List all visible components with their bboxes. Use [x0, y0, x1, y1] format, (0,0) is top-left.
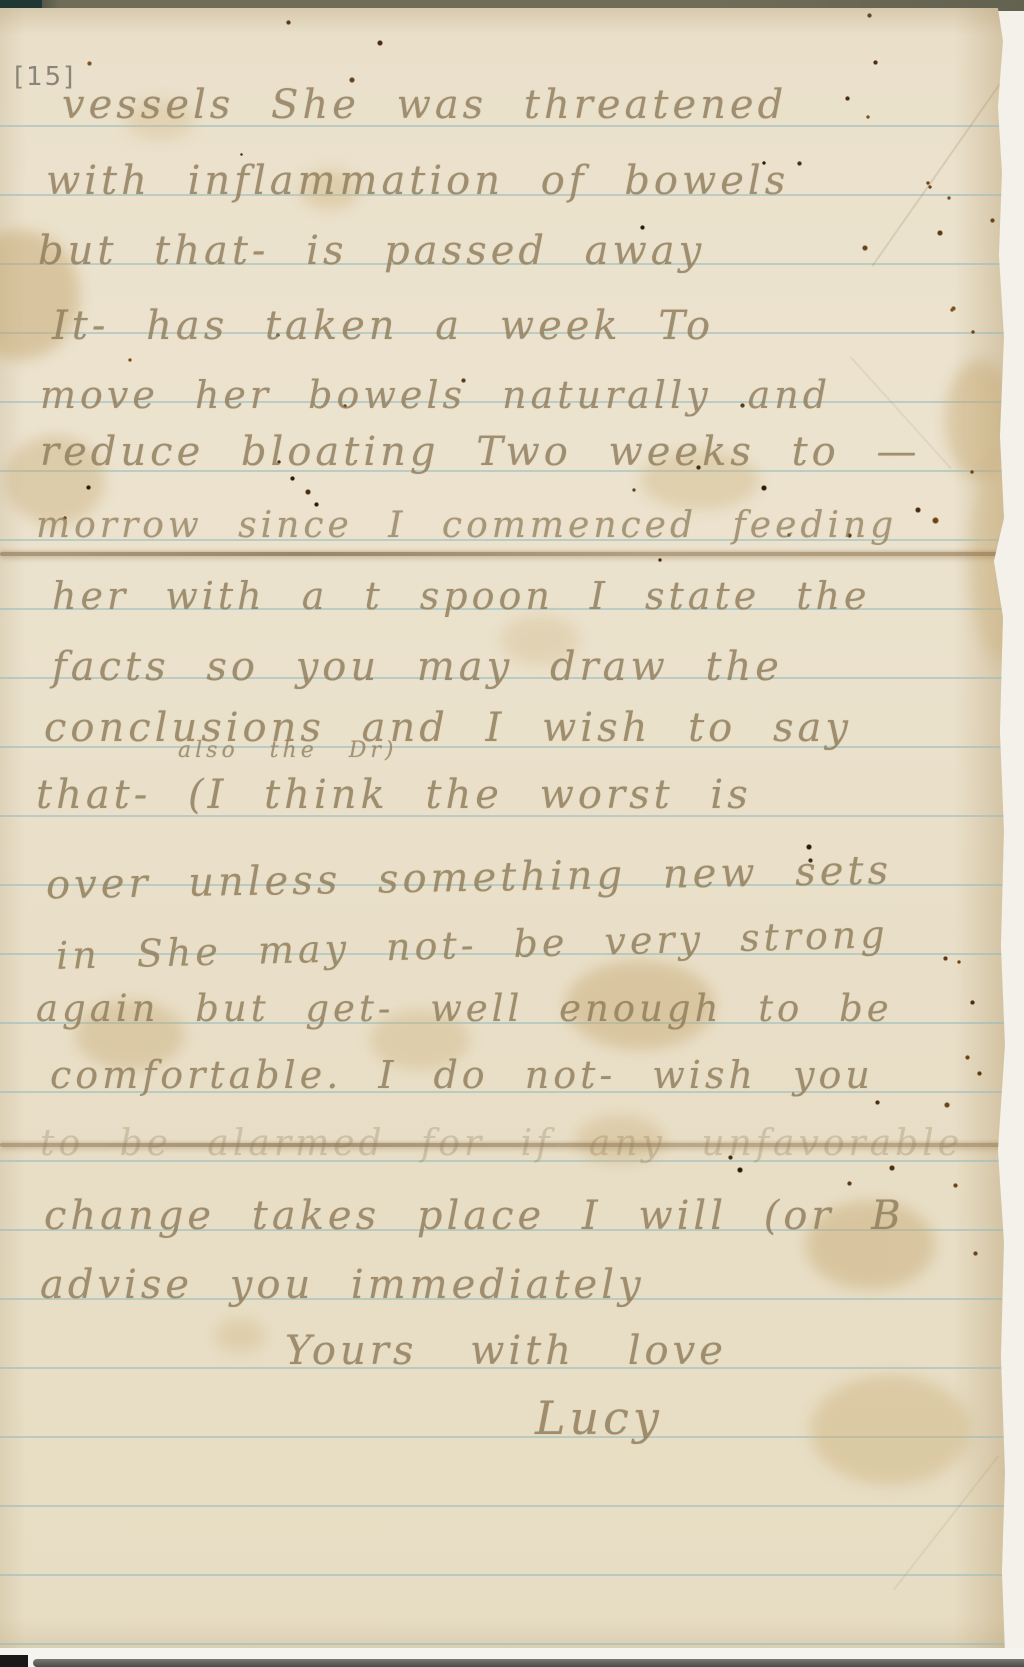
fox-spot: [87, 61, 92, 66]
handwriting-line: to be alarmed for if any unfavorable: [40, 1120, 963, 1168]
handwriting-line: that- (I think the worst is: [36, 771, 752, 819]
ruled-line: [0, 1574, 1008, 1576]
fox-spot: [875, 1100, 880, 1105]
handwriting-line: with inflammation of bowels: [46, 157, 789, 205]
stain: [970, 460, 1024, 660]
handwriting-line: move her bowels naturally and: [40, 371, 831, 419]
handwriting-line: reduce bloating Two weeks to —: [40, 428, 920, 476]
handwriting-line: again but get- well enough to be: [36, 985, 893, 1033]
fox-spot: [290, 476, 295, 481]
fox-spot: [971, 330, 975, 334]
fox-spot: [240, 153, 243, 156]
fox-spot: [944, 1102, 950, 1108]
stain: [215, 1318, 265, 1353]
fox-spot: [915, 507, 921, 513]
letter-page: [15] vessels She was threatenedwith infl…: [0, 8, 1008, 1654]
fox-spot: [845, 96, 850, 101]
fox-spot: [286, 20, 291, 25]
handwriting-line: Yours with love: [285, 1327, 727, 1375]
fox-spot: [797, 161, 802, 166]
fox-spot: [951, 306, 956, 311]
scanner-shadow-bar: [33, 1659, 1024, 1667]
fox-spot: [847, 1181, 852, 1186]
handwriting-line: her with a t spoon I state the: [52, 572, 871, 620]
fox-spot: [761, 485, 767, 491]
fox-spot: [965, 1055, 970, 1060]
fox-spot: [970, 1000, 975, 1005]
fox-spot: [305, 489, 311, 495]
handwriting-insertion: also the Dr): [178, 727, 397, 775]
fox-spot: [977, 1071, 982, 1076]
fox-spot: [86, 485, 91, 490]
stain: [810, 1375, 970, 1485]
ruled-line: [0, 1505, 1008, 1507]
fox-spot: [867, 13, 872, 18]
handwriting-line: comfortable. I do not- wish you: [50, 1051, 874, 1099]
handwriting-line: conclusions and I wish to say: [44, 704, 852, 752]
handwriting-line: vessels She was threatened: [62, 81, 787, 129]
fox-spot: [957, 960, 961, 964]
fox-spot: [873, 60, 878, 65]
fox-spot: [943, 956, 948, 961]
scanner-corner-mark: [0, 1655, 28, 1667]
fox-spot: [990, 218, 995, 223]
handwriting-line: change takes place I will (or B: [44, 1192, 905, 1240]
handwriting-line: but that- is passed away: [38, 227, 705, 275]
handwriting-line: facts so you may draw the: [52, 643, 783, 691]
signature: Lucy: [535, 1394, 663, 1442]
fox-spot: [862, 245, 868, 251]
fox-spot: [973, 1251, 978, 1256]
fox-spot: [937, 230, 943, 236]
fox-spot: [632, 488, 636, 492]
handwriting-line: It- has taken a week To: [52, 302, 714, 350]
fox-spot: [932, 517, 939, 524]
stain: [945, 360, 1015, 480]
handwriting-line: over unless something new sets: [46, 847, 893, 910]
wrinkle-line: [871, 69, 1010, 267]
fox-spot: [128, 358, 132, 362]
fox-spot: [866, 115, 870, 119]
handwriting-line: in She may not- be very strong: [56, 910, 890, 980]
fox-spot: [658, 558, 662, 562]
fox-spot: [947, 196, 951, 200]
handwriting-line: advise you immediately: [40, 1261, 645, 1309]
ruled-line: [0, 1643, 1008, 1645]
fold-crease: [0, 552, 1008, 556]
fox-spot: [953, 1183, 958, 1188]
fox-spot: [970, 470, 974, 474]
fox-spot: [377, 40, 383, 46]
handwriting-line: morrow since I commenced feeding: [36, 502, 897, 550]
